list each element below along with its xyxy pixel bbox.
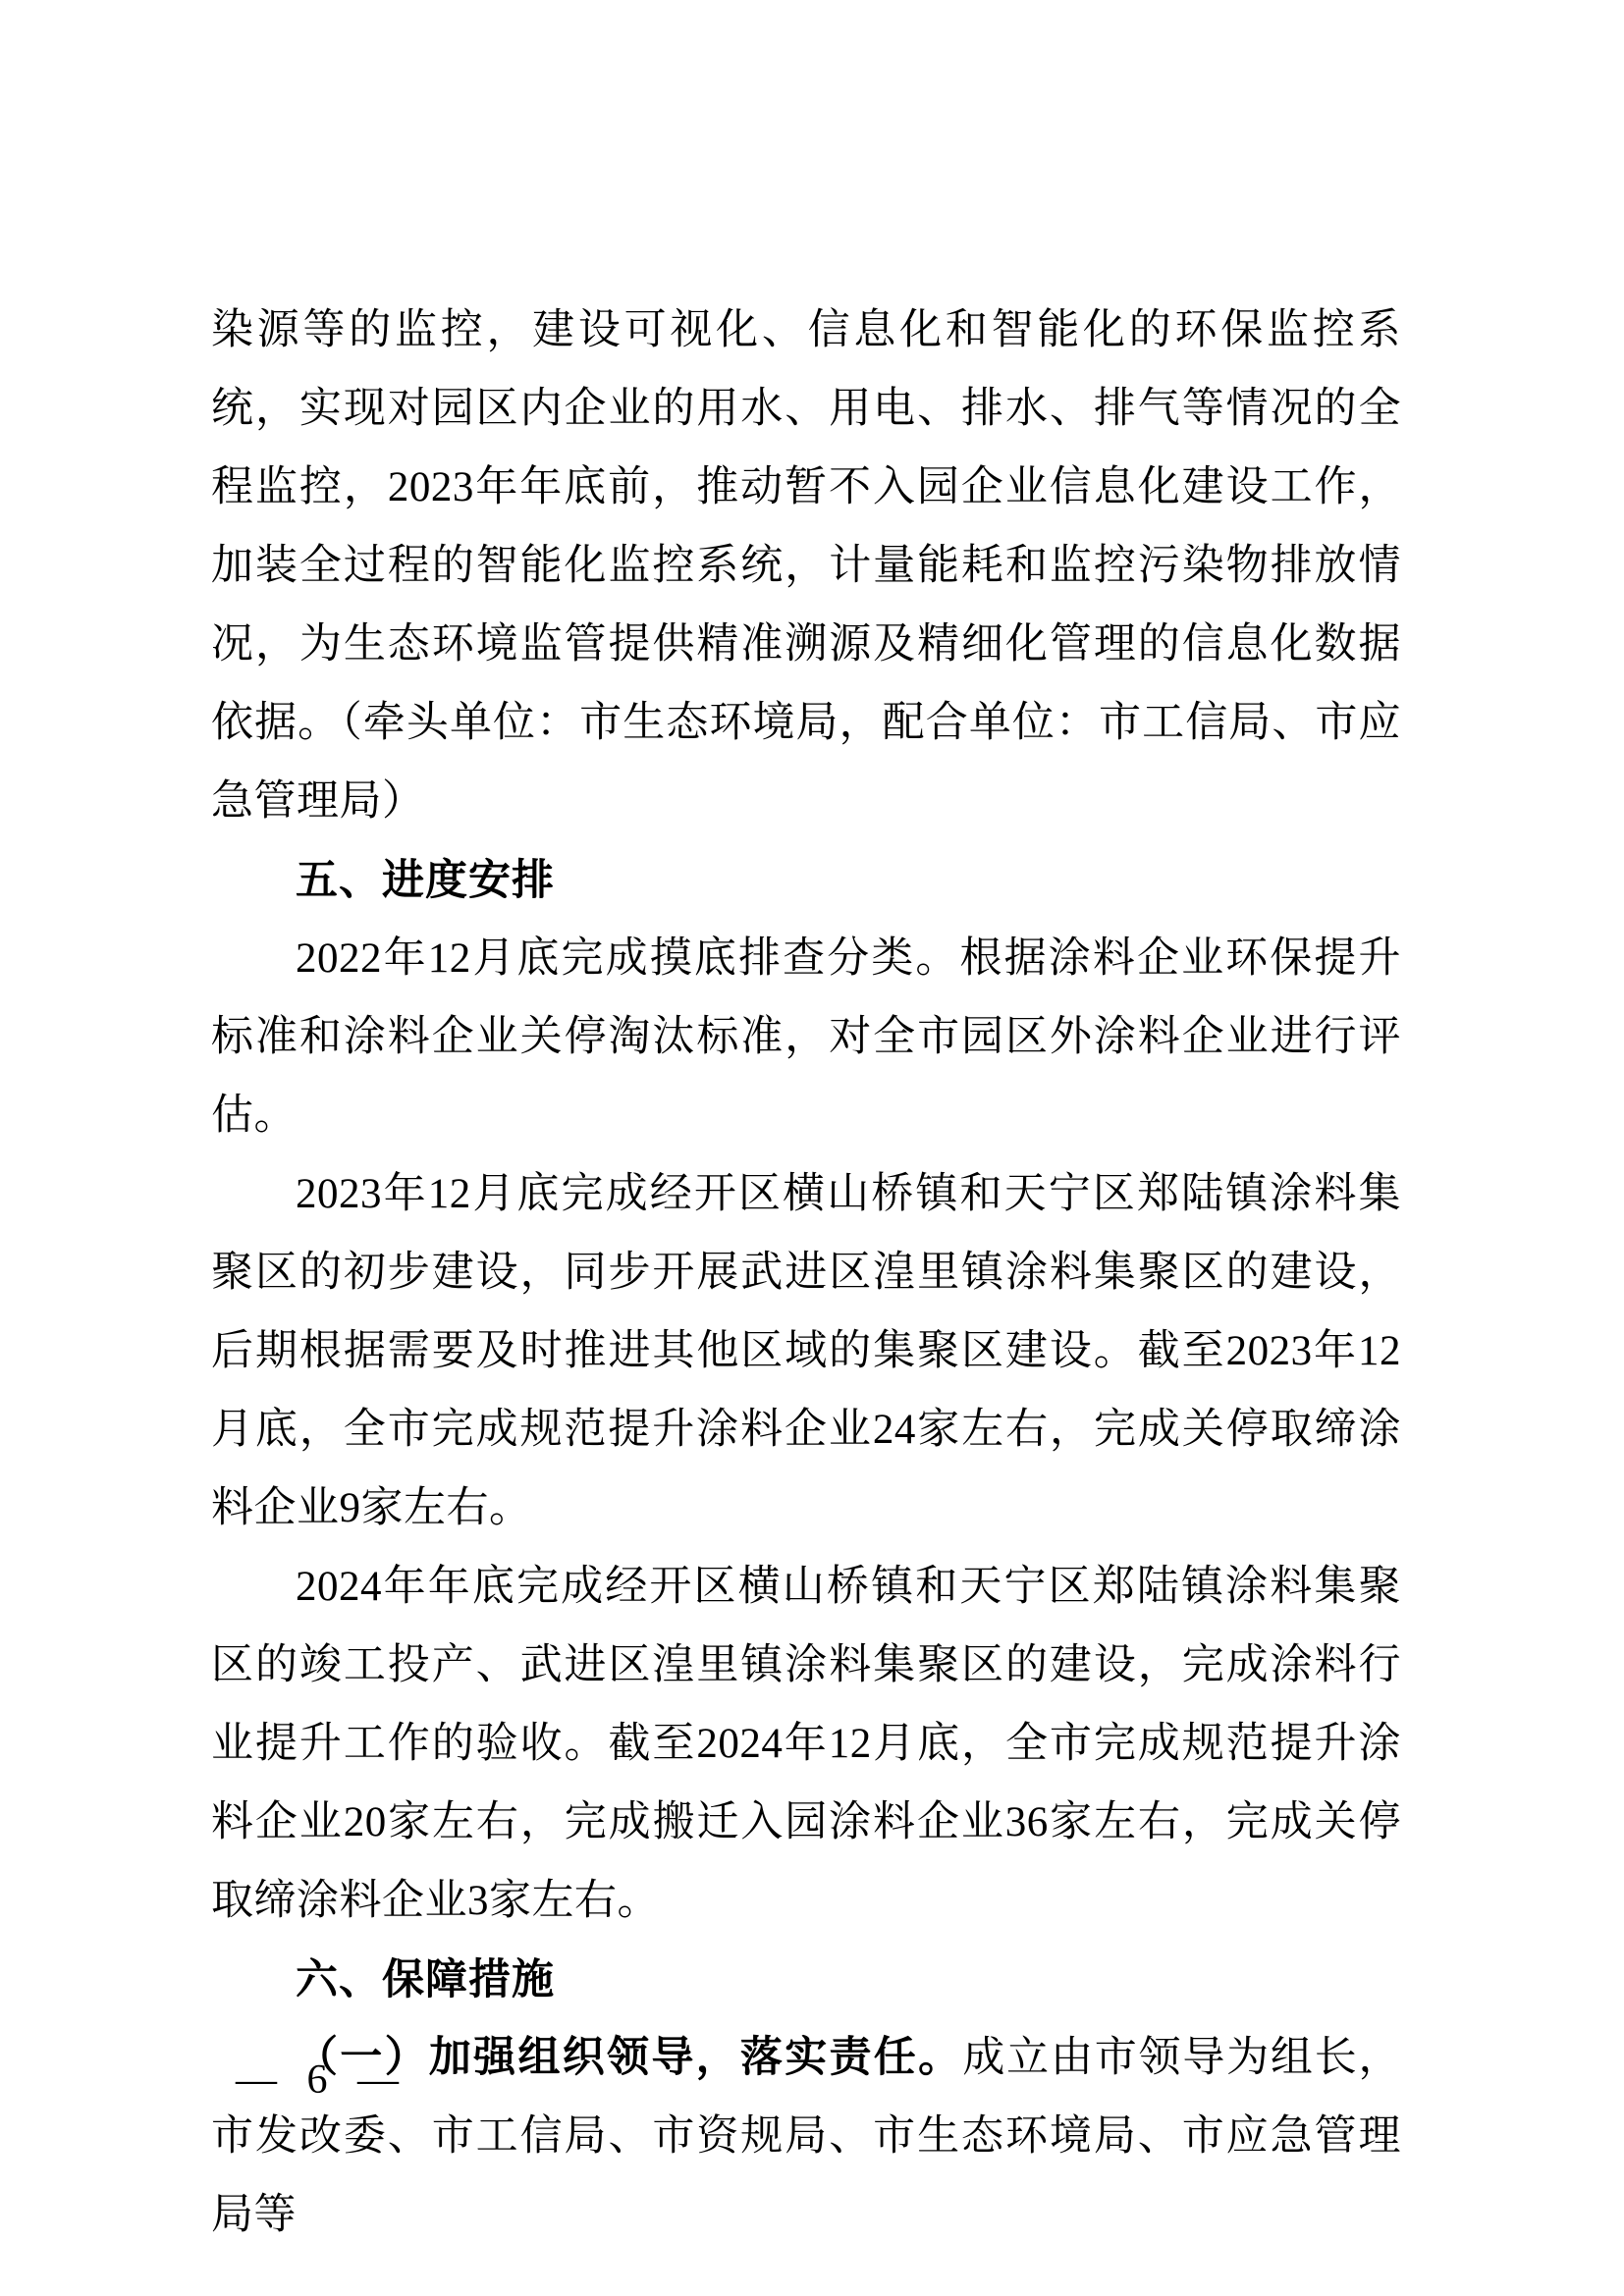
document-page: 染源等的监控，建设可视化、信息化和智能化的环保监控系统，实现对园区内企业的用水、… — [0, 0, 1624, 2296]
section-5-heading: 五、进度安排 — [211, 841, 1401, 920]
section-6-heading: 六、保障措施 — [211, 1941, 1401, 2019]
section-5-paragraph-2: 2023年12月底完成经开区横山桥镇和天宁区郑陆镇涂料集聚区的初步建设，同步开展… — [211, 1155, 1401, 1548]
section-5-paragraph-1: 2022年12月底完成摸底排查分类。根据涂料企业环保提升标准和涂料企业关停淘汰标… — [211, 920, 1401, 1155]
section-5-paragraph-3: 2024年年底完成经开区横山桥镇和天宁区郑陆镇涂料集聚区的竣工投产、武进区湟里镇… — [211, 1548, 1401, 1941]
document-body: 染源等的监控，建设可视化、信息化和智能化的环保监控系统，实现对园区内企业的用水、… — [211, 292, 1401, 2255]
page-number: — 6 — — [236, 2055, 408, 2106]
paragraph-continuation: 染源等的监控，建设可视化、信息化和智能化的环保监控系统，实现对园区内企业的用水、… — [211, 292, 1401, 841]
